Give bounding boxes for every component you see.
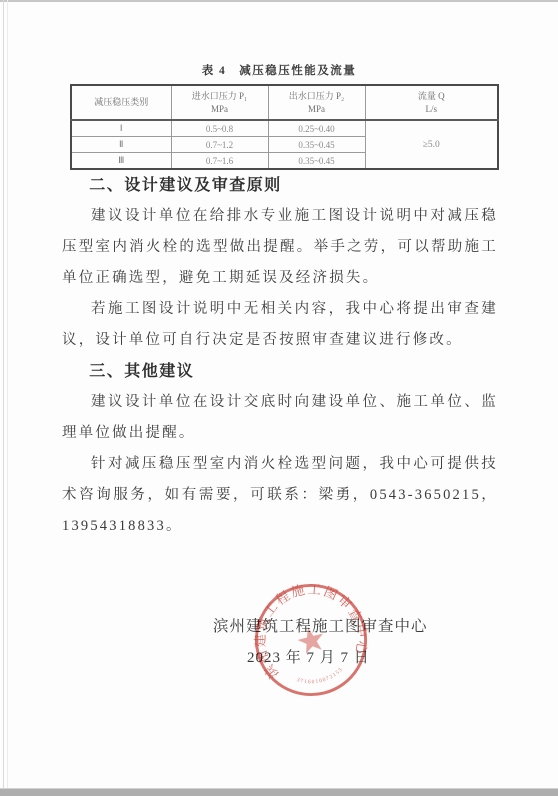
section2-paragraph-2: 若施工图设计说明中无相关内容，我中心将提出审查建议，设计单位可自行决定是否按照审… <box>62 294 498 356</box>
cell-category-2: Ⅱ <box>71 137 171 153</box>
col-header-inlet-label: 进水口压力 P₁ <box>172 90 268 103</box>
seal-star-icon <box>295 624 326 654</box>
scan-edge-bottom <box>0 788 558 796</box>
table-header-row: 减压稳压类别 进水口压力 P₁ MPa 出水口压力 P₂ MPa 流量 Q L/… <box>71 85 498 120</box>
cell-inlet-3: 0.7~1.6 <box>171 153 268 170</box>
document-body: 二、设计建议及审查原则 建议设计单位在给排水专业施工图设计说明中对减压稳压型室内… <box>62 170 498 542</box>
cell-outlet-2: 0.35~0.45 <box>268 137 365 153</box>
cell-flow-merged: ≥5.0 <box>365 120 498 169</box>
cell-inlet-2: 0.7~1.2 <box>171 137 268 153</box>
col-header-category: 减压稳压类别 <box>71 85 171 120</box>
col-header-outlet-label: 出水口压力 P₂ <box>269 90 365 103</box>
cell-inlet-1: 0.5~0.8 <box>171 120 268 137</box>
col-header-flow-label: 流量 Q <box>366 90 498 103</box>
table-row: Ⅰ 0.5~0.8 0.25~0.40 ≥5.0 <box>71 120 498 137</box>
col-header-flow-unit: L/s <box>366 103 498 116</box>
col-header-flow: 流量 Q L/s <box>365 85 498 120</box>
scan-edge-left-faint <box>7 0 8 788</box>
section3-heading: 三、其他建议 <box>62 356 498 387</box>
cell-outlet-1: 0.25~0.40 <box>268 120 365 137</box>
cell-outlet-3: 0.35~0.45 <box>268 153 365 170</box>
table-caption: 表 4 减压稳压性能及流量 <box>0 62 558 78</box>
col-header-outlet-pressure: 出水口压力 P₂ MPa <box>268 85 365 120</box>
section2-heading: 二、设计建议及审查原则 <box>62 170 498 201</box>
section3-paragraph-1: 建议设计单位在设计交底时向建设单位、施工单位、监理单位做出提醒。 <box>62 387 498 449</box>
scanned-document-page: 表 4 减压稳压性能及流量 减压稳压类别 进水口压力 P₁ MPa 出水口压力 … <box>0 0 558 796</box>
col-header-inlet-pressure: 进水口压力 P₁ MPa <box>171 85 268 120</box>
scan-edge-top <box>0 0 558 2</box>
pressure-flow-spec-table: 减压稳压类别 进水口压力 P₁ MPa 出水口压力 P₂ MPa 流量 Q L/… <box>70 84 499 170</box>
section2-paragraph-1: 建议设计单位在给排水专业施工图设计说明中对减压稳压型室内消火栓的选型做出提醒。举… <box>62 201 498 294</box>
cell-category-1: Ⅰ <box>71 120 171 137</box>
col-header-outlet-unit: MPa <box>269 103 365 116</box>
official-seal: 滨州建筑工程施工图审查中心 3716010072153 <box>239 568 382 711</box>
cell-category-3: Ⅲ <box>71 153 171 170</box>
scan-edge-left <box>3 0 4 788</box>
section3-paragraph-2: 针对减压稳压型室内消火栓选型问题，我中心可提供技术咨询服务，如有需要，可联系：梁… <box>62 449 498 542</box>
col-header-category-label: 减压稳压类别 <box>72 96 171 109</box>
col-header-inlet-unit: MPa <box>172 103 268 116</box>
